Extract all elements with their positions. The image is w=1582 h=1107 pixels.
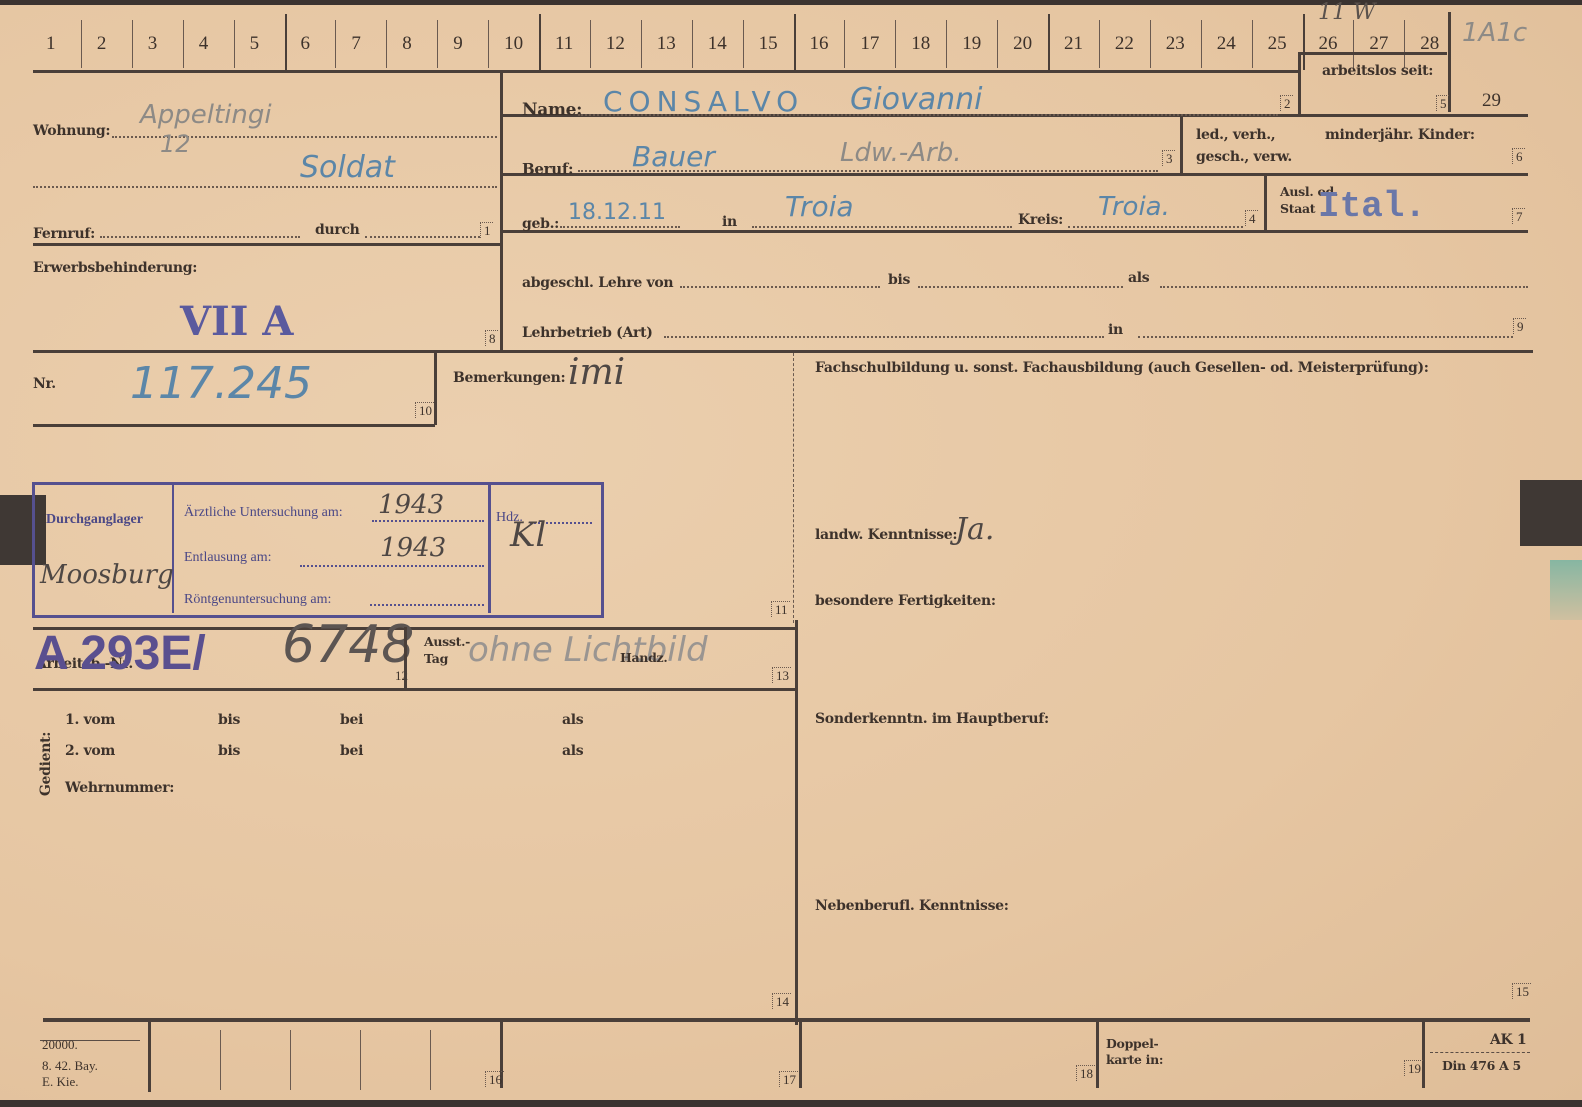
divider [290,1030,291,1090]
lehre-bis-label: bis [888,272,910,288]
index-tab [1520,480,1582,546]
field-number: 1 [480,222,493,238]
column-number: 8 [402,33,412,55]
fill-line [1138,336,1513,338]
column-number: 11 [555,33,573,55]
fill-line [372,520,484,522]
service-label-label: 2. vom [65,743,115,759]
service-als-label: als [562,712,583,728]
column-tick [81,20,82,68]
fill-line [370,604,484,606]
delousing-label: Entlausung am: [184,550,272,566]
doppelkarte-label-2: karte in: [1106,1052,1163,1067]
divider [430,1030,431,1090]
besondere-label: besondere Fertigkeiten: [815,593,996,609]
given-name: Giovanni [850,82,982,117]
nr-label: Nr. [33,376,56,392]
beruf-label: Beruf: [522,160,573,178]
column-number: 24 [1217,33,1236,55]
marital-status-label-2: gesch., verw. [1196,149,1292,165]
handz-label: Handz. [620,650,667,665]
column-tick [1303,14,1305,70]
column-tick [692,20,693,68]
lehrbetrieb-label: Lehrbetrieb (Art) [522,325,653,341]
medical-exam-value: 1943 [378,490,444,520]
field-number: 11 [771,601,790,617]
column-number: 10 [504,33,523,55]
column-number: 14 [708,33,727,55]
column-tick [437,20,438,68]
geb-label: geb.: [522,216,559,232]
column-tick [641,20,642,68]
fill-line [100,236,300,238]
field-number: 3 [1162,150,1175,166]
ruler-baseline [33,70,1298,73]
beruf-value: Bauer [632,140,715,173]
wohnung-label: Wohnung: [33,123,110,139]
rule [33,350,1533,353]
rule [33,243,501,246]
printer: E. Kie. [42,1074,78,1090]
stamp-divider [172,485,174,613]
landw-value: Ja. [955,512,994,547]
kreis-label: Kreis: [1018,212,1063,228]
field-number: 18 [1076,1065,1095,1081]
field-number: 4 [1245,210,1258,226]
field-number: 10 [415,402,434,418]
bemerkungen-label: Bemerkungen: [453,370,565,386]
gedient-label: Gedient: [38,732,54,796]
column-tick [1353,20,1354,68]
fill-line [300,565,484,567]
field-number: 9 [1513,318,1526,334]
wehrnummer-label: Wehrnummer: [65,780,174,796]
column-tick [132,20,133,68]
rule [503,173,1528,176]
column-number: 20 [1013,33,1032,55]
field-number: 2 [1280,95,1293,111]
divider [1298,52,1301,114]
bemerkungen-value: imi [568,352,625,393]
kreis-value: Troia. [1098,192,1170,222]
field-number: 14 [772,993,791,1009]
column-tick [844,20,845,68]
color-mark [1550,560,1582,620]
rule [33,424,435,427]
service-bei-label: bei [340,712,363,728]
column-number: 15 [759,33,778,55]
column-number: 7 [351,33,361,55]
column-tick [386,20,387,68]
column-tick [1201,20,1202,68]
divider [500,70,503,350]
camp-label: Durchganglager [46,512,143,528]
fill-line [560,226,680,228]
column-tick [946,20,947,68]
scan-edge-bottom [0,1100,1582,1107]
arbeitslos-label: arbeitslos seit: [1322,63,1433,79]
birthplace: Troia [785,190,854,223]
field-number: 12 [392,668,410,683]
divider [1264,176,1267,230]
wohnung-value: Appeltingi [140,100,272,130]
fernruf-label: Fernruf: [33,226,95,242]
divider [1422,1020,1425,1088]
nationality-stamp: Ital. [1318,186,1426,227]
field-number: 19 [1404,1060,1423,1076]
field-number: 29 [1482,90,1501,112]
column-number: 4 [199,33,209,55]
column-tick [1099,20,1100,68]
divider [404,627,407,689]
issue-label-2: Tag [424,651,448,666]
form-code: AK 1 [1490,1032,1526,1048]
doppelkarte-label: Doppel- [1106,1036,1158,1051]
column-tick [539,14,541,70]
service-bei-label: bei [340,743,363,759]
camp-signature: Moosburg [40,560,174,590]
fill-line [1068,226,1243,228]
column-number: 17 [860,33,879,55]
column-number: 12 [606,33,625,55]
column-number: 5 [250,33,260,55]
delousing-value: 1943 [380,533,446,563]
column-number: 3 [148,33,158,55]
disability-stamp: VII A [180,298,293,345]
wohnung-annotation: Soldat [300,150,395,185]
workbook-number: 6748 [282,615,414,675]
column-tick [1404,20,1405,68]
handwritten-marks: 11 W [1318,0,1376,25]
column-number: 23 [1166,33,1185,55]
divider [148,1020,151,1092]
column-tick [743,20,744,68]
registration-number: 117.245 [130,358,312,409]
column-tick [895,20,896,68]
column-number: 6 [301,33,311,55]
rule [33,688,795,691]
divider [793,353,794,623]
column-number: 2 [97,33,107,55]
column-tick [234,20,235,68]
print-run: 20000. [42,1037,78,1053]
fill-line [918,286,1123,288]
column-tick [794,14,796,70]
column-number: 13 [657,33,676,55]
name-label: Name: [522,100,582,120]
hdz-value: Kl [510,515,546,555]
issue-label: Ausst.- [424,634,470,649]
divider [360,1030,361,1090]
divider [434,353,437,425]
field-number: 6 [1512,148,1525,164]
divider [1430,1052,1530,1053]
erwerbsbehinderung-label: Erwerbsbehinderung: [33,260,197,276]
fill-line [1160,286,1528,288]
column-number: 21 [1064,33,1083,55]
divider [795,620,798,1025]
neben-label: Nebenberufl. Kenntnisse: [815,898,1009,914]
medical-exam-label: Ärztliche Untersuchung am: [184,505,343,521]
column-tick [488,20,489,68]
service-als-label: als [562,743,583,759]
column-tick [285,14,287,70]
fachschul-label: Fachschulbildung u. sonst. Fachausbildun… [815,360,1429,376]
issue-value: ohne Lichtbild [468,630,708,670]
children-label: minderjähr. Kinder: [1325,127,1475,143]
column-tick [590,20,591,68]
lehrbetrieb-in-label: in [1108,322,1123,338]
handwritten-code: 1A1c [1462,18,1527,48]
fill-line [33,186,497,188]
column-tick [1252,20,1253,68]
rule [503,230,1528,233]
print-date: 8. 42. Bay. [42,1058,98,1074]
divider [1180,117,1183,173]
field-number: 8 [485,330,498,346]
marital-status-label: led., verh., [1196,127,1275,143]
in-label: in [722,214,737,230]
column-tick [1150,20,1151,68]
column-tick [1048,14,1050,70]
nationality-label-2: Staat [1280,201,1315,216]
ruler-baseline-right [1300,52,1447,55]
divider [220,1030,221,1090]
fill-line [680,286,880,288]
fill-line [365,236,480,238]
registration-card: 1234567891011121314151617181920212223242… [0,0,1582,1107]
fill-line [664,336,1104,338]
column-tick [335,20,336,68]
column-number: 19 [962,33,981,55]
service-bis-label: bis [218,743,240,759]
xray-label: Röntgenuntersuchung am: [184,592,331,608]
durch-label: durch [315,222,360,238]
field-number: 16 [485,1071,504,1087]
column-number: 9 [453,33,463,55]
workbook-stamp: A 293E/ [34,626,206,681]
column-number: 16 [810,33,829,55]
field-number: 13 [772,667,791,683]
lehre-als-label: als [1128,270,1149,286]
din-code: Din 476 A 5 [1442,1058,1521,1073]
column-tick [997,20,998,68]
wohnung-number: 12 [160,130,191,158]
field-number: 7 [1512,208,1525,224]
lehre-label: abgeschl. Lehre von [522,275,673,291]
field-number: 5 [1436,95,1449,111]
divider [799,1020,802,1088]
rule [43,1018,1530,1022]
service-label-label: 1. vom [65,712,115,728]
field-number: 17 [779,1071,798,1087]
sonder-label: Sonderkenntn. im Hauptberuf: [815,711,1049,727]
column-number: 1 [46,33,56,55]
divider [1096,1020,1099,1088]
column-number: 18 [911,33,930,55]
surname: CONSALVO [603,85,804,118]
service-bis-label: bis [218,712,240,728]
birth-date: 18.12.11 [568,200,666,225]
fill-line [752,226,1012,228]
stamp-divider [488,485,491,613]
landw-label: landw. Kenntnisse: [815,527,957,543]
field-number: 15 [1512,983,1531,999]
beruf-annotation: Ldw.-Arb. [840,138,961,168]
column-number: 22 [1115,33,1134,55]
column-number: 25 [1268,33,1287,55]
column-tick [183,20,184,68]
